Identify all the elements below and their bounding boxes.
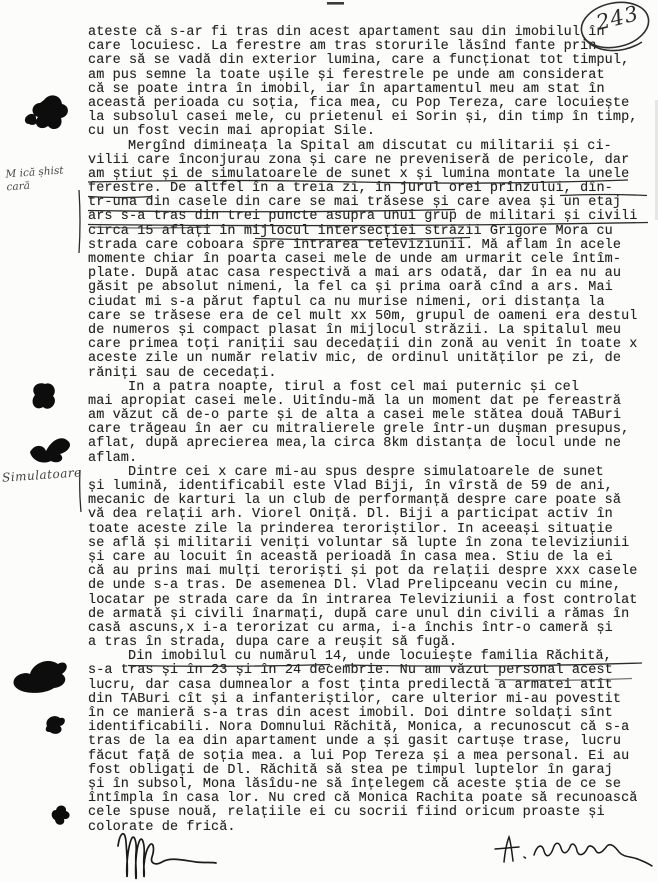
text-line: Din imobilul cu numărul 14, unde locuieș… — [88, 650, 654, 664]
text-line: momente chiar în poarta casei mele de un… — [88, 253, 654, 267]
text-line: răniți sau de cecedați. — [88, 367, 654, 381]
text-line: fost obligați de Dl. Răchită să stea pe … — [88, 764, 654, 778]
text-line: vă dea relații arh. Viorel Oniță. Dl. Bi… — [88, 508, 654, 522]
text-line: casă ascuns,x i-a terorizat cu arma, i-a… — [88, 622, 654, 636]
ink-blot — [30, 438, 70, 462]
text-line: făcut față de soția mea. a lui Pop Terez… — [88, 750, 654, 764]
text-line: de unde s-a tras. De asemenea Dl. Vlad P… — [88, 579, 654, 593]
text-block: ateste că s-ar fi tras din acest apartam… — [88, 26, 654, 835]
paragraph: In a patra noapte, tirul a fost cel mai … — [88, 381, 654, 466]
text-line: mai apropiat casei mele. Uitîndu-mă la u… — [88, 395, 654, 409]
text-line: care să se vadă din exterior lumina, car… — [88, 54, 654, 68]
text-line: strada care coboara spre intrarea televi… — [88, 239, 654, 253]
text-line: am știut și de simulatoarele de sunet x … — [88, 168, 654, 182]
text-line: ateste că s-ar fi tras din acest apartam… — [88, 26, 654, 40]
text-line: în ce manieră s-a tras din acest imobil.… — [88, 707, 654, 721]
text-line: care se trăsese era de cel mult xx 50m, … — [88, 310, 654, 324]
text-line: aflat, după aprecierea mea,la circa 8km … — [88, 437, 654, 451]
ink-blots — [14, 95, 70, 824]
text-line: de armată și civili înarmați, după care … — [88, 608, 654, 622]
text-line: și care au locuit în această perioadă în… — [88, 551, 654, 565]
text-line: am văzut că de-o parte și de alta a case… — [88, 409, 654, 423]
text-line: aceste zile un număr relativ mic, de ord… — [88, 352, 654, 366]
ink-blot — [33, 383, 55, 408]
text-line: din TABuri cît și a infanteriștilor, car… — [88, 693, 654, 707]
signature-left — [118, 834, 216, 879]
paragraph: Dintre cei x care mi-au spus despre simu… — [88, 466, 654, 650]
text-line: care locuiesc. La ferestre am tras storu… — [88, 40, 654, 54]
text-line: că se poate intra în imobil, iar în apar… — [88, 83, 654, 97]
text-line: găsit pe absolut nimeni, la fel ca și pr… — [88, 281, 654, 295]
text-line: tr-una din casele din care se mai trăses… — [88, 196, 654, 210]
text-line: plate. După atac casa respectivă a mai a… — [88, 267, 654, 281]
text-line: ferestre. De altfel în a treia zi, în ju… — [88, 182, 654, 196]
ink-blot — [14, 661, 67, 693]
margin-vertical-stroke — [79, 190, 80, 253]
text-line: la subsolul casei mele, cu prietenul ei … — [88, 111, 654, 125]
text-line: care trăgeau în aer cu mitralierele grel… — [88, 423, 654, 437]
text-line: s-a tras și în 23 și în 24 decembrie. Nu… — [88, 664, 654, 678]
ink-blot — [52, 806, 70, 825]
text-line: cele spuse nouă, relațiile ei cu socrii … — [88, 806, 654, 820]
text-line: și în subsol, Mona lăsîdu-ne să înțelege… — [88, 778, 654, 792]
text-line: Dintre cei x care mi-au spus despre simu… — [88, 466, 654, 480]
text-line: In a patra noapte, tirul a fost cel mai … — [88, 381, 654, 395]
text-line: locatar pe strada care da în intrarea Te… — [88, 594, 654, 608]
text-line: întîmpla în casa lor. Nu cred că Monica … — [88, 792, 654, 806]
ink-blot — [25, 114, 37, 125]
text-line: aflam. — [88, 452, 654, 466]
text-line: această perioada cu soția, fica mea, cu … — [88, 97, 654, 111]
signature-right — [495, 837, 652, 866]
paragraph: Mergînd dimineața la Spital am discutat … — [88, 140, 654, 381]
text-line: lucru, dar casa dumnealor a fost ținta p… — [88, 679, 654, 693]
text-line: care primea toți raniții sau decedații d… — [88, 338, 654, 352]
text-line: tras de la ea din apartament unde a și g… — [88, 735, 654, 749]
text-line: Mergînd dimineața la Spital am discutat … — [88, 140, 654, 154]
text-line: a tras în strada, dupa care a reușit să … — [88, 636, 654, 650]
text-line: că au prins mai mulți teroriști și pot d… — [88, 565, 654, 579]
paragraph: Din imobilul cu numărul 14, unde locuieș… — [88, 650, 654, 834]
margin-note-simulatoare: Simulatoare — [2, 465, 82, 485]
margin-note: M ică șhist cară — [5, 164, 77, 195]
top-edge-text-fragment — [327, 2, 344, 5]
ink-blot — [32, 95, 67, 129]
text-line: colorate de frică. — [88, 821, 654, 835]
text-line: ars s-a tras din trei puncte asupra unui… — [88, 210, 654, 224]
text-line: de numeros și compact plasat în mijlocul… — [88, 324, 654, 338]
text-line: ciudat mi s-a părut faptul ca nu murise … — [88, 296, 654, 310]
text-line: mecanic de karturi la un club de perform… — [88, 494, 654, 508]
text-line: vilii care înconjurau zona și care ne pr… — [88, 154, 654, 168]
text-line: și lumină, identificabil este Vlad Biji,… — [88, 480, 654, 494]
text-line: am pus semne la toate ușile și ferestrel… — [88, 69, 654, 83]
text-line: se află și militarii veniți voluntar să … — [88, 537, 654, 551]
text-line: cu un fost vecin mai apropiat Sile. — [88, 125, 654, 139]
scanned-document-page: ateste că s-ar fi tras din acest apartam… — [0, 0, 658, 882]
paragraph: ateste că s-ar fi tras din acest apartam… — [88, 26, 654, 140]
ink-blot — [46, 716, 65, 734]
text-line: circa 15 aflați în mijlocul intersecției… — [88, 225, 654, 239]
text-line: toate aceste zile la prinderea teroriști… — [88, 523, 654, 537]
text-line: identificabili. Nora Domnului Răchită, M… — [88, 721, 654, 735]
